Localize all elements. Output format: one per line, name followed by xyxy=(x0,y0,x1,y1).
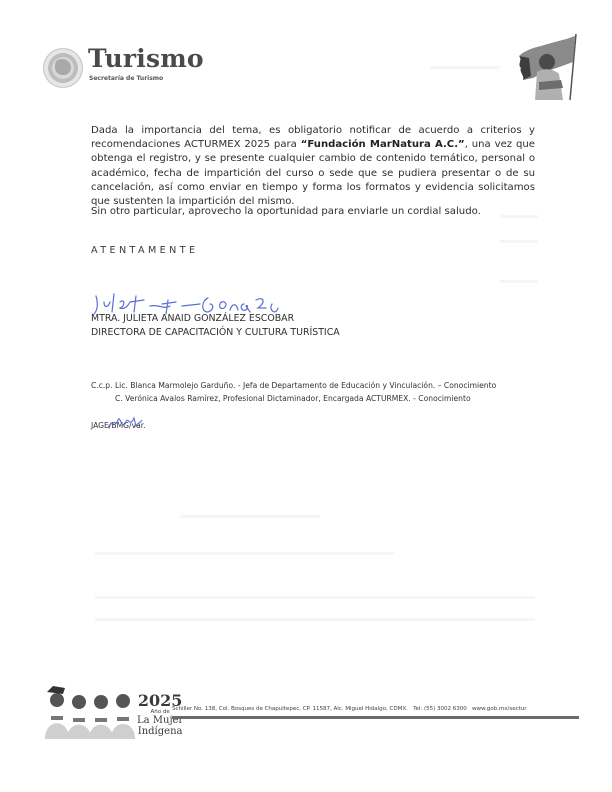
show-through-artifact xyxy=(430,66,500,69)
footer-divider-bar xyxy=(172,716,579,719)
footer-website-link[interactable]: www.gob.mx/sectur xyxy=(472,706,527,712)
show-through-artifact xyxy=(500,240,538,243)
closing-word: ATENTAMENTE xyxy=(91,245,198,256)
initials-signature-icon xyxy=(104,410,144,435)
footer-contact: Schiller No. 138, Col. Bosques de Chapul… xyxy=(172,706,527,712)
organization-name: “Fundación MarNatura A.C.” xyxy=(301,139,465,150)
cc-line-2: C. Verónica Avalos Ramírez, Profesional … xyxy=(91,393,496,406)
brand-subtitle: Secretaría de Turismo xyxy=(89,75,163,82)
show-through-artifact xyxy=(500,215,538,218)
signer-block: MTRA. JULIETA ANAID GONZÁLEZ ESCOBAR DIR… xyxy=(91,312,340,340)
coat-of-arms-seal-icon xyxy=(43,48,83,88)
show-through-artifact xyxy=(500,280,538,283)
year-logo: 2025 Año de La Mujer Indígena xyxy=(137,693,183,737)
notification-paragraph: Dada la importancia del tema, es obligat… xyxy=(91,124,535,209)
indigenous-women-illustration-icon xyxy=(43,684,135,739)
carbon-copy-block: C.c.p. Lic. Blanca Marmolejo Garduño. - … xyxy=(91,380,496,405)
show-through-artifact xyxy=(95,552,395,555)
footer-address: Schiller No. 138, Col. Bosques de Chapul… xyxy=(172,706,408,712)
signer-title: DIRECTORA DE CAPACITACIÓN Y CULTURA TURÍ… xyxy=(91,326,340,340)
year-caption-line-2: Indígena xyxy=(137,726,183,737)
show-through-artifact xyxy=(95,618,535,621)
footer-phone: Tel: (55) 3002 6300 xyxy=(413,706,467,712)
show-through-artifact xyxy=(95,596,535,599)
signer-name: MTRA. JULIETA ANAID GONZÁLEZ ESCOBAR xyxy=(91,312,340,326)
brand-title: Turismo xyxy=(88,46,204,71)
cc-line-1: C.c.p. Lic. Blanca Marmolejo Garduño. - … xyxy=(91,380,496,393)
woman-with-flag-emblem-icon xyxy=(513,32,581,102)
show-through-artifact xyxy=(180,515,320,518)
greeting-paragraph: Sin otro particular, aprovecho la oportu… xyxy=(91,206,481,217)
